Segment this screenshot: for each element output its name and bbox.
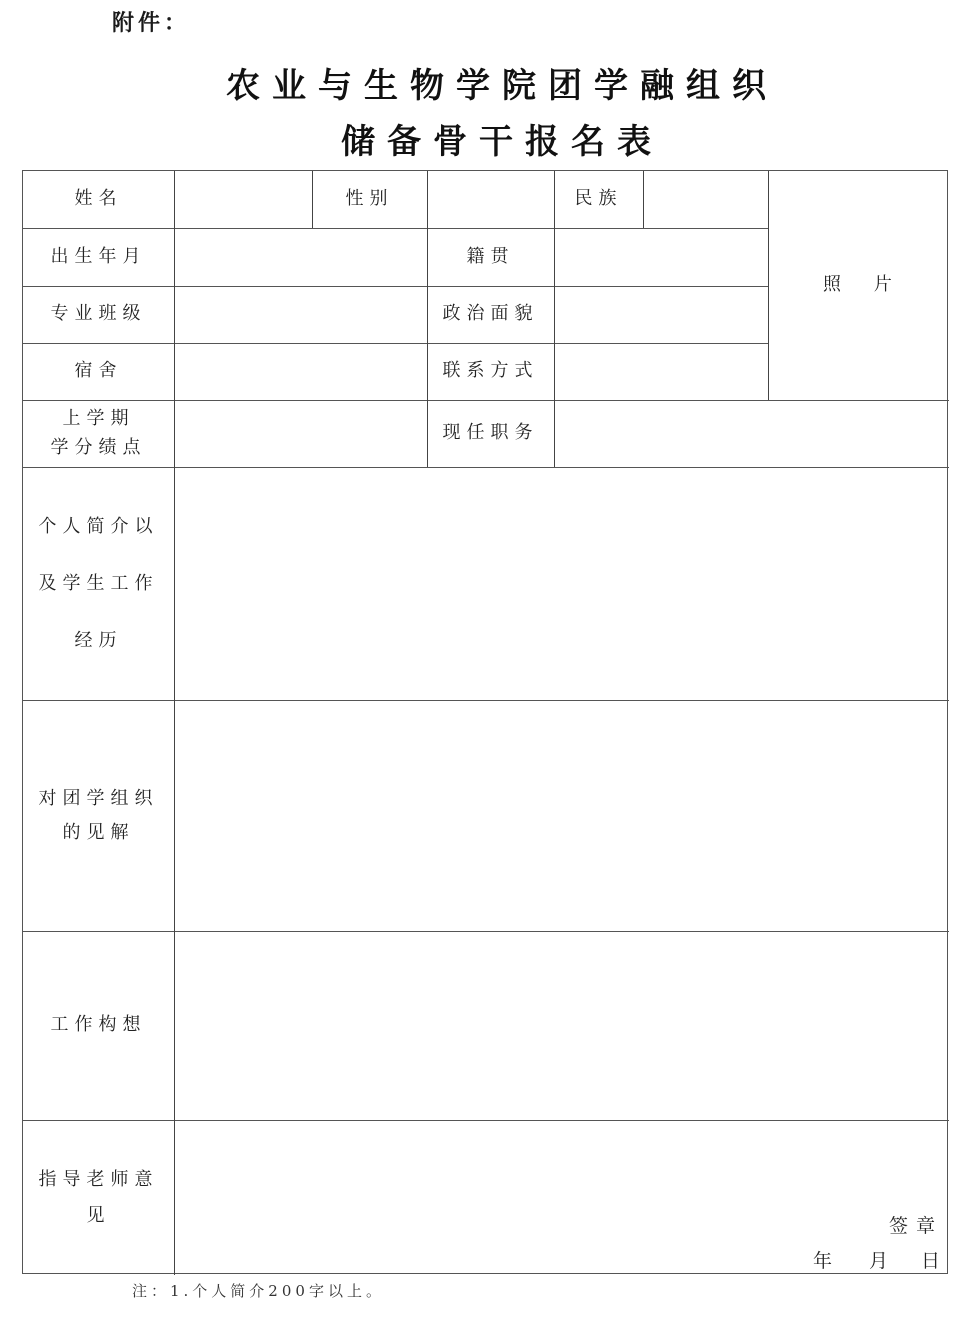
contact-label: 联系方式 (427, 343, 554, 400)
bio-label: 个人简介以 及学生工作 经历 (23, 467, 174, 700)
footnote: 注：1.个人简介200字以上。 (132, 1280, 385, 1301)
major-class-field[interactable] (174, 286, 427, 343)
registration-form-table: 姓名 性别 民族 照 片 出生年月 籍贯 专业班级 政治面貌 宿舍 联系方式 上… (22, 170, 948, 1274)
gender-field[interactable] (427, 171, 554, 228)
form-title-line1: 农业与生物学院团学融组织 (0, 58, 976, 107)
month-label: 月 (869, 1246, 890, 1273)
current-position-label: 现任职务 (427, 400, 554, 467)
political-status-label: 政治面貌 (427, 286, 554, 343)
contact-field[interactable] (554, 343, 768, 400)
major-class-label: 专业班级 (23, 286, 174, 343)
year-label: 年 (813, 1246, 834, 1273)
view-label-line2: 的见解 (63, 816, 135, 850)
photo-area[interactable]: 照 片 (768, 171, 949, 400)
bio-label-line3: 经历 (75, 612, 123, 669)
bio-label-line2: 及学生工作 (39, 555, 159, 612)
name-label: 姓名 (23, 171, 174, 228)
dorm-field[interactable] (174, 343, 427, 400)
ethnicity-field[interactable] (643, 171, 768, 228)
view-label-line1: 对团学组织 (39, 782, 159, 816)
gpa-label: 上学期 学分绩点 (23, 400, 174, 467)
advisor-label: 指导老师意 见 (23, 1120, 174, 1275)
advisor-label-line1: 指导老师意 (39, 1162, 159, 1198)
gender-label: 性别 (312, 171, 427, 228)
current-position-field[interactable] (554, 400, 949, 467)
native-place-field[interactable] (554, 228, 768, 286)
attachment-label: 附件： (112, 6, 190, 37)
day-label: 日 (921, 1246, 942, 1273)
ethnicity-label: 民族 (554, 171, 643, 228)
political-status-field[interactable] (554, 286, 768, 343)
bio-field[interactable] (174, 467, 949, 700)
birth-field[interactable] (174, 228, 427, 286)
name-field[interactable] (174, 171, 312, 228)
view-field[interactable] (174, 700, 949, 931)
bio-label-line1: 个人简介以 (39, 498, 159, 555)
gpa-label-line2: 学分绩点 (51, 434, 147, 463)
birth-label: 出生年月 (23, 228, 174, 286)
native-place-label: 籍贯 (427, 228, 554, 286)
gpa-field[interactable] (174, 400, 427, 467)
dorm-label: 宿舍 (23, 343, 174, 400)
advisor-label-line2: 见 (87, 1198, 111, 1234)
form-title-line2: 储备骨干报名表 (0, 114, 976, 163)
view-label: 对团学组织 的见解 (23, 700, 174, 931)
plan-label: 工作构想 (23, 931, 174, 1120)
plan-field[interactable] (174, 931, 949, 1120)
seal-label: 签章 (889, 1211, 943, 1238)
gpa-label-line1: 上学期 (63, 405, 135, 434)
